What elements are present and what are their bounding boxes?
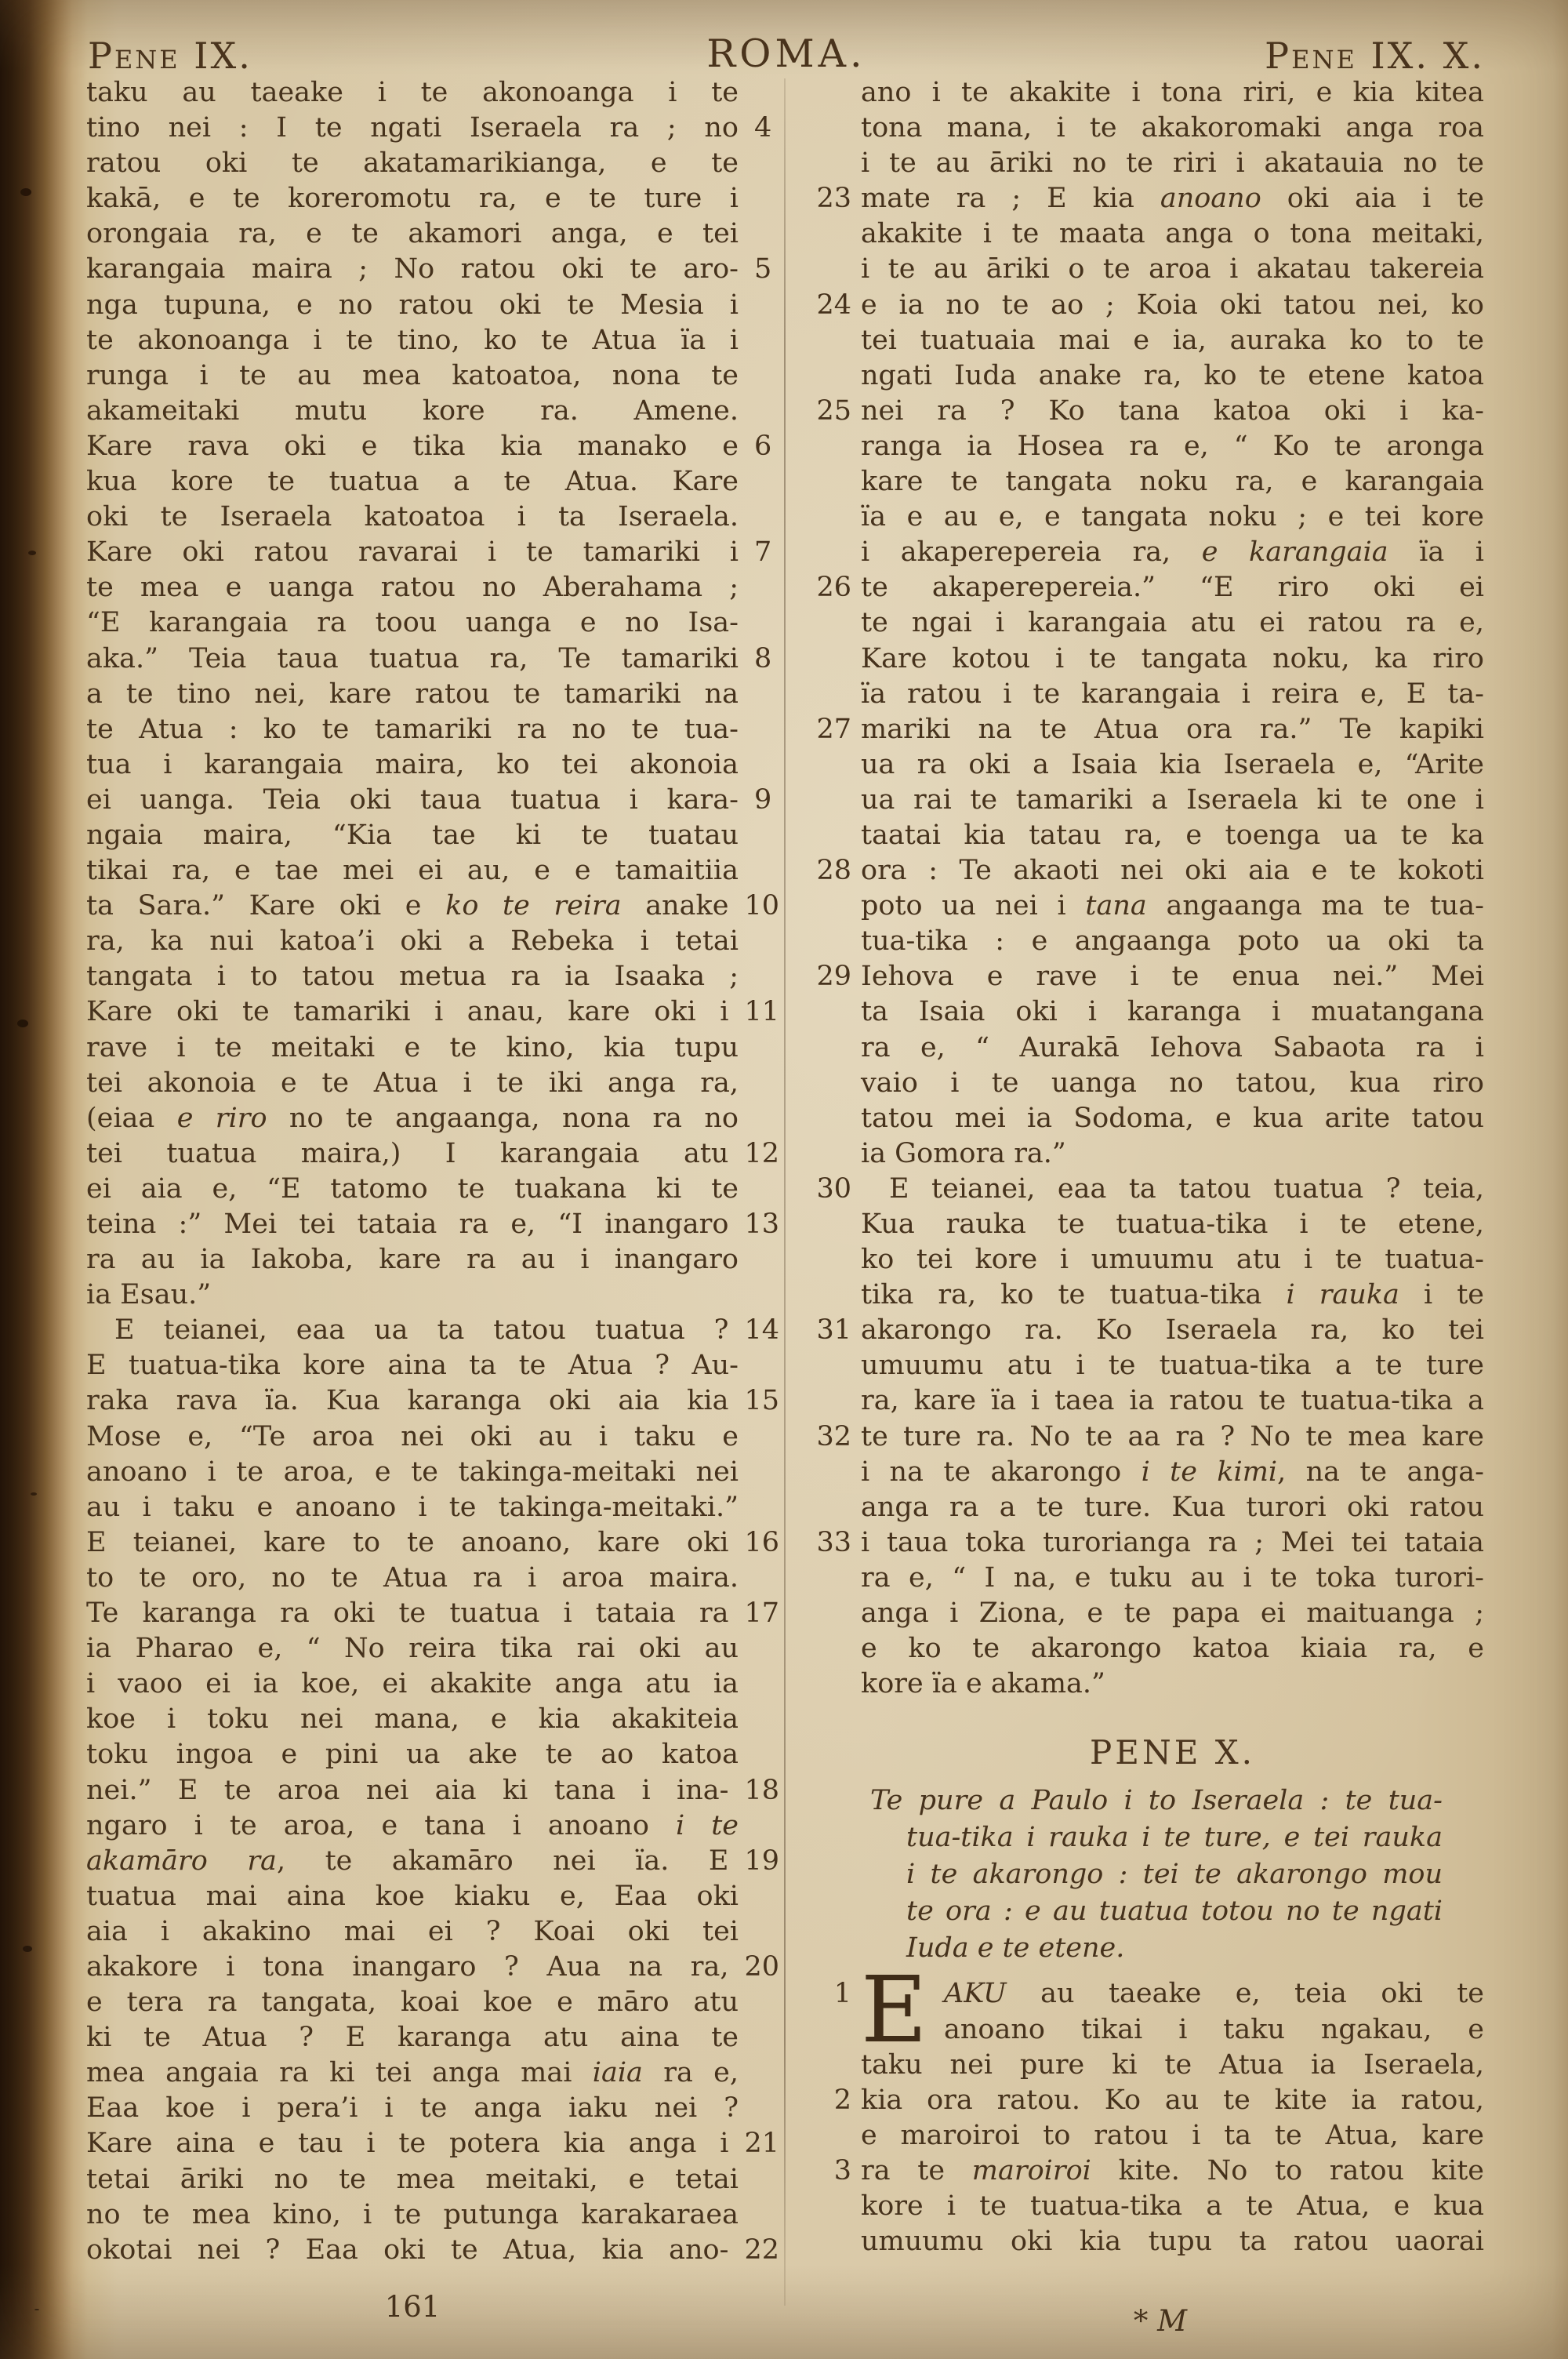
text-line: ra e, “ Aurakā Iehova Sabaota ra i bbox=[793, 1030, 1488, 1066]
text-line: i te akarongo : tei te akarongo mou bbox=[861, 1856, 1443, 1893]
line-text: ra e, “ I na, e tuku au i te toka turori… bbox=[861, 1561, 1484, 1596]
text-line: ta Isaia oki i karanga i muatangana bbox=[793, 994, 1488, 1030]
verse-number bbox=[739, 464, 779, 500]
verse-number bbox=[793, 75, 851, 111]
verse-number bbox=[793, 1667, 851, 1702]
verse-number: 10 bbox=[728, 889, 779, 924]
verse-number bbox=[793, 2012, 851, 2048]
line-text: E tuatua-tika kore aina ta te Atua ? Au- bbox=[86, 1348, 739, 1383]
verse-number bbox=[793, 111, 851, 146]
text-line: ia Esau.” bbox=[86, 1278, 779, 1313]
verse-number: 25 bbox=[793, 394, 851, 429]
verse-number bbox=[739, 1808, 779, 1844]
text-line: ngati Iuda anake ra, ko te etene katoa bbox=[793, 358, 1488, 394]
verse-number: 20 bbox=[728, 1950, 779, 1985]
line-text: tua-tika i rauka i te ture, e tei rauka bbox=[906, 1819, 1443, 1856]
text-line: ia Gomora ra.” bbox=[793, 1136, 1488, 1172]
verse-number bbox=[793, 2189, 851, 2224]
text-line: 26te akaperepereia.” “E riro oki ei bbox=[793, 570, 1488, 605]
line-text: tatou mei ia Sodoma, e kua arite tatou bbox=[861, 1101, 1484, 1136]
text-line: ra au ia Iakoba, kare ra au i inangaro bbox=[86, 1242, 779, 1278]
text-line: runga i te au mea katoatoa, nona te bbox=[86, 358, 779, 394]
verse-number: 24 bbox=[793, 288, 851, 323]
text-line: ïa e au e, e tangata noku ; e tei kore bbox=[793, 500, 1488, 535]
text-line: umuumu oki kia tupu ta ratou uaorai bbox=[793, 2224, 1488, 2259]
verse-number bbox=[793, 500, 851, 535]
verse-number: 5 bbox=[739, 252, 779, 287]
text-line: “E karangaia ra toou uanga e no Isa- bbox=[86, 605, 779, 641]
verse-number bbox=[739, 323, 779, 358]
running-head-right: Pene IX. X. bbox=[1265, 35, 1485, 77]
binding-wear-marks bbox=[20, 188, 31, 196]
verse-number bbox=[793, 1383, 851, 1419]
text-line: ei uanga. Teia oki taua tuatua i kara-9 bbox=[86, 783, 779, 818]
verse-number bbox=[739, 1561, 779, 1596]
text-line: 31akarongo ra. Ko Iseraela ra, ko tei bbox=[793, 1313, 1488, 1348]
verse-number: 6 bbox=[739, 429, 779, 464]
line-text: kakā, e te koreromotu ra, e te ture i bbox=[86, 181, 739, 216]
verse-number bbox=[739, 500, 779, 535]
text-line: te ora : e au tuatua totou no te ngati bbox=[861, 1893, 1443, 1930]
verse-number bbox=[793, 1596, 851, 1631]
line-text: tua i karangaia maira, ko tei akonoia bbox=[86, 747, 739, 783]
line-text: anoano tikai i taku ngakau, e bbox=[861, 2012, 1484, 2048]
verse-number bbox=[793, 605, 851, 641]
line-text: oki te Iseraela katoatoa i ta Iseraela. bbox=[86, 500, 739, 535]
text-line: te Atua : ko te tamariki ra no te tua- bbox=[86, 712, 779, 747]
line-text: a te tino nei, kare ratou te tamariki na bbox=[86, 677, 739, 712]
line-text: e ko te akarongo katoa kiaia ra, e bbox=[861, 1631, 1484, 1667]
text-line: Mose e, “Te aroa nei oki au i taku e bbox=[86, 1419, 779, 1455]
line-text: nei.” E te aroa nei aia ki tana i ina- bbox=[86, 1773, 728, 1808]
text-line: i vaoo ei ia koe, ei akakite anga atu ia bbox=[86, 1667, 779, 1702]
verse-number bbox=[739, 358, 779, 394]
line-text: Eaa koe i pera’i i te anga iaku nei ? bbox=[86, 2091, 739, 2126]
verse-number bbox=[793, 783, 851, 818]
text-line: anga i Ziona, e te papa ei maituanga ; bbox=[793, 1596, 1488, 1631]
text-line: tua-tika i rauka i te ture, e tei rauka bbox=[861, 1819, 1443, 1856]
text-line: raka rava ïa. Kua karanga oki aia kia15 bbox=[86, 1383, 779, 1419]
verse-number bbox=[739, 2197, 779, 2233]
verse-number bbox=[793, 1136, 851, 1172]
text-line: te akonoanga i te tino, ko te Atua ïa i bbox=[86, 323, 779, 358]
line-text: ei uanga. Teia oki taua tuatua i kara- bbox=[86, 783, 739, 818]
line-text: Iuda e te etene. bbox=[906, 1930, 1443, 1967]
text-line: ua ra oki a Isaia kia Iseraela e, “Arite bbox=[793, 747, 1488, 783]
column-divider bbox=[784, 78, 786, 2306]
verse-number bbox=[739, 1030, 779, 1066]
verse-number: 30 bbox=[793, 1172, 851, 1207]
verse-number bbox=[739, 959, 779, 994]
line-text: teina :” Mei tei tataia ra e, “I inangar… bbox=[86, 1207, 728, 1242]
verse-number bbox=[739, 1737, 779, 1772]
text-line: toku ingoa e pini ua ake te ao katoa bbox=[86, 1737, 779, 1772]
text-line: ratou oki te akatamarikianga, e te bbox=[86, 146, 779, 181]
text-line: ngaia maira, “Kia tae ki te tuatau bbox=[86, 818, 779, 853]
text-line: e tera ra tangata, koai koe e māro atu bbox=[86, 1985, 779, 2020]
verse-number bbox=[739, 677, 779, 712]
verse-number bbox=[793, 1101, 851, 1136]
verse-number: 8 bbox=[739, 642, 779, 677]
text-line: te ngai i karangaia atu ei ratou ra e, bbox=[793, 605, 1488, 641]
line-text: Kare kotou i te tangata noku, ka riro bbox=[861, 642, 1484, 677]
line-text: kua kore te tuatua a te Atua. Kare bbox=[86, 464, 739, 500]
line-text: Mose e, “Te aroa nei oki au i taku e bbox=[86, 1419, 739, 1455]
line-text: anga ra a te ture. Kua turori oki ratou bbox=[861, 1490, 1484, 1525]
line-text: Kare oki ratou ravarai i te tamariki i bbox=[86, 535, 739, 570]
line-text: te ture ra. No te aa ra ? No te mea kare bbox=[861, 1419, 1484, 1455]
text-line: Iuda e te etene. bbox=[861, 1930, 1443, 1967]
line-text: akakite i te maata anga o tona meitaki, bbox=[861, 216, 1484, 252]
text-line: ïa ratou i te karangaia i reira e, E ta- bbox=[793, 677, 1488, 712]
text-line: 24e ia no te ao ; Koia oki tatou nei, ko bbox=[793, 288, 1488, 323]
line-text: e ia no te ao ; Koia oki tatou nei, ko bbox=[861, 288, 1484, 323]
text-line: koe i toku nei mana, e kia akakiteia bbox=[86, 1702, 779, 1737]
line-text: tua-tika : e angaanga poto ua oki ta bbox=[861, 924, 1484, 959]
verse-number bbox=[793, 1561, 851, 1596]
text-line: au i taku e anoano i te takinga-meitaki.… bbox=[86, 1490, 779, 1525]
right-column-verses-top: ano i te akakite i tona riri, e kia kite… bbox=[793, 75, 1488, 1702]
line-text: ko tei kore i umuumu atu i te tuatua- bbox=[861, 1242, 1484, 1278]
line-text: te akaperepereia.” “E riro oki ei bbox=[861, 570, 1484, 605]
line-text: ra, kare ïa i taea ia ratou te tuatua-ti… bbox=[861, 1383, 1484, 1419]
text-line: taatai kia tatau ra, e toenga ua te ka bbox=[793, 818, 1488, 853]
line-text: i na te akarongo i te kimi, na te anga- bbox=[861, 1455, 1484, 1490]
verse-number bbox=[739, 394, 779, 429]
text-line: Kare oki ratou ravarai i te tamariki i7 bbox=[86, 535, 779, 570]
text-line: akakore i tona inangaro ? Aua na ra,20 bbox=[86, 1950, 779, 1985]
line-text: akarongo ra. Ko Iseraela ra, ko tei bbox=[861, 1313, 1484, 1348]
verse-number bbox=[739, 2091, 779, 2126]
text-line: kore i te tuatua-tika a te Atua, e kua bbox=[793, 2189, 1488, 2224]
line-text: akameitaki mutu kore ra. Amene. bbox=[86, 394, 739, 429]
text-line: ano i te akakite i tona riri, e kia kite… bbox=[793, 75, 1488, 111]
line-text: ra, ka nui katoa’i oki a Rebeka i tetai bbox=[86, 924, 739, 959]
line-text: E teianei, eaa ta tatou tuatua ? teia, bbox=[861, 1172, 1484, 1207]
text-line: 27mariki na te Atua ora ra.” Te kapiki bbox=[793, 712, 1488, 747]
line-text: nga tupuna, e no ratou oki te Mesia i bbox=[86, 288, 739, 323]
line-text: E teianei, kare to te anoano, kare oki bbox=[86, 1525, 728, 1561]
verse-number bbox=[739, 1172, 779, 1207]
verse-number bbox=[793, 216, 851, 252]
verse-number: 12 bbox=[728, 1136, 779, 1172]
line-text: aka.” Teia taua tuatua ra, Te tamariki bbox=[86, 642, 739, 677]
verse-number bbox=[793, 146, 851, 181]
text-line: tua i karangaia maira, ko tei akonoia bbox=[86, 747, 779, 783]
verse-number bbox=[793, 1030, 851, 1066]
left-column: taku au taeake i te akonoanga i tetino n… bbox=[86, 75, 779, 2268]
verse-number bbox=[793, 2048, 851, 2083]
verse-number bbox=[793, 1242, 851, 1278]
verse-number: 13 bbox=[728, 1207, 779, 1242]
text-line: kare te tangata noku ra, e karangaia bbox=[793, 464, 1488, 500]
line-text: tangata i to tatou metua ra ia Isaaka ; bbox=[86, 959, 739, 994]
text-line: 23mate ra ; E kia anoano oki aia i te bbox=[793, 181, 1488, 216]
line-text: ranga ia Hosea ra e, “ Ko te aronga bbox=[861, 429, 1484, 464]
verse-number bbox=[739, 1914, 779, 1950]
text-line: ua rai te tamariki a Iseraela ki te one … bbox=[793, 783, 1488, 818]
verse-number bbox=[739, 1242, 779, 1278]
line-text: ïa ratou i te karangaia i reira e, E ta- bbox=[861, 677, 1484, 712]
text-line: 2kia ora ratou. Ko au te kite ia ratou, bbox=[793, 2083, 1488, 2118]
verse-number bbox=[793, 889, 851, 924]
verse-number: 29 bbox=[793, 959, 851, 994]
text-line: akameitaki mutu kore ra. Amene. bbox=[86, 394, 779, 429]
verse-number: 4 bbox=[739, 111, 779, 146]
text-line: oki te Iseraela katoatoa i ta Iseraela. bbox=[86, 500, 779, 535]
verse-number bbox=[739, 1985, 779, 2020]
verse-number bbox=[739, 1348, 779, 1383]
line-text: te ora : e au tuatua totou no te ngati bbox=[906, 1893, 1443, 1930]
drop-cap-initial: E bbox=[861, 1973, 927, 2048]
verse-number bbox=[739, 216, 779, 252]
line-text: umuumu oki kia tupu ta ratou uaorai bbox=[861, 2224, 1484, 2259]
page-header: Pene IX. ROMA. Pene IX. X. bbox=[88, 35, 1485, 75]
verse-number bbox=[793, 2224, 851, 2259]
verse-number bbox=[739, 1066, 779, 1101]
verse-number bbox=[739, 181, 779, 216]
text-line: tika ra, ko te tuatua-tika i rauka i te bbox=[793, 1278, 1488, 1313]
line-text: te ngai i karangaia atu ei ratou ra e, bbox=[861, 605, 1484, 641]
line-text: (eiaa e riro no te angaanga, nona ra no bbox=[86, 1101, 739, 1136]
line-text: raka rava ïa. Kua karanga oki aia kia bbox=[86, 1383, 728, 1419]
verse-number bbox=[739, 75, 779, 111]
text-line: tatou mei ia Sodoma, e kua arite tatou bbox=[793, 1101, 1488, 1136]
text-line: i te au āriki no te riri i akatauia no t… bbox=[793, 146, 1488, 181]
line-text: tona mana, i te akakoromaki anga roa bbox=[861, 111, 1484, 146]
line-text: karangaia maira ; No ratou oki te aro- bbox=[86, 252, 739, 287]
verse-number bbox=[739, 605, 779, 641]
verse-number: 28 bbox=[793, 853, 851, 889]
chapter-summary: Te pure a Paulo i to Iseraela : te tua-t… bbox=[861, 1783, 1443, 1967]
text-line: Kare rava oki e tika kia manako e6 bbox=[86, 429, 779, 464]
line-text: tika ra, ko te tuatua-tika i rauka i te bbox=[861, 1278, 1484, 1313]
line-text: ra e, “ Aurakā Iehova Sabaota ra i bbox=[861, 1030, 1484, 1066]
verse-number: 1 bbox=[793, 1976, 851, 2012]
verse-number bbox=[793, 818, 851, 853]
line-text: ngati Iuda anake ra, ko te etene katoa bbox=[861, 358, 1484, 394]
verse-number: 16 bbox=[728, 1525, 779, 1561]
text-line: a te tino nei, kare ratou te tamariki na bbox=[86, 677, 779, 712]
line-text: kore i te tuatua-tika a te Atua, e kua bbox=[861, 2189, 1484, 2224]
verse-number bbox=[793, 1066, 851, 1101]
verse-number bbox=[793, 677, 851, 712]
line-text: anga i Ziona, e te papa ei maituanga ; bbox=[861, 1596, 1484, 1631]
printers-signature-mark: * M bbox=[1043, 2304, 1278, 2338]
line-text: au i taku e anoano i te takinga-meitaki.… bbox=[86, 1490, 739, 1525]
text-line: tua-tika : e angaanga poto ua oki ta bbox=[793, 924, 1488, 959]
line-text: i akaperepereia ra, e karangaia ïa i bbox=[861, 535, 1484, 570]
verse-number bbox=[793, 1455, 851, 1490]
text-line: Kare oki te tamariki i anau, kare oki i1… bbox=[86, 994, 779, 1030]
verse-number: 15 bbox=[728, 1383, 779, 1419]
line-text: kia ora ratou. Ko au te kite ia ratou, bbox=[861, 2083, 1484, 2118]
verse-number: 32 bbox=[793, 1419, 851, 1455]
text-line: orongaia ra, e te akamori anga, e tei bbox=[86, 216, 779, 252]
text-line: anoano i te aroa, e te takinga-meitaki n… bbox=[86, 1455, 779, 1490]
text-line: te mea e uanga ratou no Aberahama ; bbox=[86, 570, 779, 605]
verse-number bbox=[793, 2118, 851, 2154]
line-text: Kua rauka te tuatua-tika i te etene, bbox=[861, 1207, 1484, 1242]
verse-number: 22 bbox=[728, 2233, 779, 2268]
text-line: tikai ra, e tae mei ei au, e e tamaitiia bbox=[86, 853, 779, 889]
text-line: (eiaa e riro no te angaanga, nona ra no bbox=[86, 1101, 779, 1136]
line-text: E teianei, eaa ua ta tatou tuatua ? bbox=[86, 1313, 728, 1348]
verse-number bbox=[793, 1490, 851, 1525]
text-line: Kua rauka te tuatua-tika i te etene, bbox=[793, 1207, 1488, 1242]
verse-number bbox=[739, 1455, 779, 1490]
verse-number bbox=[739, 1419, 779, 1455]
line-text: ia Esau.” bbox=[86, 1278, 739, 1313]
verse-number bbox=[739, 1631, 779, 1667]
verse-number bbox=[739, 2055, 779, 2091]
line-text: okotai nei ? Eaa oki te Atua, kia ano- bbox=[86, 2233, 728, 2268]
verse-number bbox=[793, 252, 851, 287]
line-text: ei aia e, “E tatomo te tuakana ki te bbox=[86, 1172, 739, 1207]
verse-number bbox=[793, 429, 851, 464]
text-line: 3ra te maroiroi kite. No to ratou kite bbox=[793, 2154, 1488, 2189]
verse-number: 9 bbox=[739, 783, 779, 818]
line-text: kore ïa e akama.” bbox=[861, 1667, 1484, 1702]
line-text: ua ra oki a Isaia kia Iseraela e, “Arite bbox=[861, 747, 1484, 783]
line-text: AKU au taeake e, teia oki te bbox=[861, 1976, 1484, 2012]
text-line: Te pure a Paulo i to Iseraela : te tua- bbox=[861, 1783, 1443, 1819]
line-text: Te pure a Paulo i to Iseraela : te tua- bbox=[870, 1783, 1443, 1819]
verse-number bbox=[739, 924, 779, 959]
text-line: kakā, e te koreromotu ra, e te ture i bbox=[86, 181, 779, 216]
verse-number bbox=[739, 1278, 779, 1313]
line-text: i te akarongo : tei te akarongo mou bbox=[906, 1856, 1443, 1893]
text-line: akakite i te maata anga o tona meitaki, bbox=[793, 216, 1488, 252]
line-text: ngaia maira, “Kia tae ki te tuatau bbox=[86, 818, 739, 853]
line-text: poto ua nei i tana angaanga ma te tua- bbox=[861, 889, 1484, 924]
text-line: akamāro ra, te akamāro nei ïa. E19 bbox=[86, 1844, 779, 1879]
line-text: aia i akakino mai ei ? Koai oki tei bbox=[86, 1914, 739, 1950]
text-line: okotai nei ? Eaa oki te Atua, kia ano-22 bbox=[86, 2233, 779, 2268]
verse-number: 26 bbox=[793, 570, 851, 605]
line-text: nei ra ? Ko tana katoa oki i ka- bbox=[861, 394, 1484, 429]
line-text: mate ra ; E kia anoano oki aia i te bbox=[861, 181, 1484, 216]
chapter-x-verses: E 1AKU au taeake e, teia oki teanoano ti… bbox=[793, 1976, 1488, 2259]
line-text: tei akonoia e te Atua i te iki anga ra, bbox=[86, 1066, 739, 1101]
text-line: Kare aina e tau i te potera kia anga i21 bbox=[86, 2126, 779, 2161]
text-line: E teianei, kare to te anoano, kare oki16 bbox=[86, 1525, 779, 1561]
text-line: 32te ture ra. No te aa ra ? No te mea ka… bbox=[793, 1419, 1488, 1455]
verse-number: 3 bbox=[793, 2154, 851, 2189]
page-number: 161 bbox=[86, 2290, 739, 2324]
verse-number: 19 bbox=[728, 1844, 779, 1879]
verse-number: 18 bbox=[728, 1773, 779, 1808]
line-text: kare te tangata noku ra, e karangaia bbox=[861, 464, 1484, 500]
text-line: 33i taua toka turorianga ra ; Mei tei ta… bbox=[793, 1525, 1488, 1561]
line-text: tei tuatua maira,) I karangaia atu bbox=[86, 1136, 728, 1172]
text-line: tei tuatuaia mai e ia, auraka ko to te bbox=[793, 323, 1488, 358]
line-text: mea angaia ra ki tei anga mai iaia ra e, bbox=[86, 2055, 739, 2091]
verse-number bbox=[739, 1702, 779, 1737]
line-text: e tera ra tangata, koai koe e māro atu bbox=[86, 1985, 739, 2020]
line-text: e maroiroi to ratou i ta te Atua, kare bbox=[861, 2118, 1484, 2154]
text-line: ia Pharao e, “ No reira tika rai oki au bbox=[86, 1631, 779, 1667]
text-line: poto ua nei i tana angaanga ma te tua- bbox=[793, 889, 1488, 924]
verse-number: 7 bbox=[739, 535, 779, 570]
verse-number bbox=[739, 2162, 779, 2197]
text-line: e maroiroi to ratou i ta te Atua, kare bbox=[793, 2118, 1488, 2154]
text-line: tuatua mai aina koe kiaku e, Eaa oki bbox=[86, 1879, 779, 1914]
line-text: to te oro, no te Atua ra i aroa maira. bbox=[86, 1561, 739, 1596]
text-line: e ko te akarongo katoa kiaia ra, e bbox=[793, 1631, 1488, 1667]
text-line: ko tei kore i umuumu atu i te tuatua- bbox=[793, 1242, 1488, 1278]
line-text: ki te Atua ? E karanga atu aina te bbox=[86, 2020, 739, 2055]
line-text: ïa e au e, e tangata noku ; e tei kore bbox=[861, 500, 1484, 535]
line-text: tei tuatuaia mai e ia, auraka ko to te bbox=[861, 323, 1484, 358]
text-line: aia i akakino mai ei ? Koai oki tei bbox=[86, 1914, 779, 1950]
verse-number bbox=[739, 2020, 779, 2055]
line-text: akamāro ra, te akamāro nei ïa. E bbox=[86, 1844, 728, 1879]
line-text: te akonoanga i te tino, ko te Atua ïa i bbox=[86, 323, 739, 358]
line-text: ano i te akakite i tona riri, e kia kite… bbox=[861, 75, 1484, 111]
line-text: i vaoo ei ia koe, ei akakite anga atu ia bbox=[86, 1667, 739, 1702]
text-line: karangaia maira ; No ratou oki te aro-5 bbox=[86, 252, 779, 287]
line-text: koe i toku nei mana, e kia akakiteia bbox=[86, 1702, 739, 1737]
line-text: ia Gomora ra.” bbox=[861, 1136, 1484, 1172]
verse-number bbox=[793, 535, 851, 570]
chapter-heading: PENE X. bbox=[861, 1735, 1484, 1770]
line-text: mariki na te Atua ora ra.” Te kapiki bbox=[861, 712, 1484, 747]
text-line: umuumu atu i te tuatua-tika a te ture bbox=[793, 1348, 1488, 1383]
book-page-scan: Pene IX. ROMA. Pene IX. X. taku au taeak… bbox=[0, 0, 1568, 2359]
text-line: tino nei : I te ngati Iseraela ra ; no4 bbox=[86, 111, 779, 146]
text-line: ra, kare ïa i taea ia ratou te tuatua-ti… bbox=[793, 1383, 1488, 1419]
line-text: tikai ra, e tae mei ei au, e e tamaitiia bbox=[86, 853, 739, 889]
text-line: kua kore te tuatua a te Atua. Kare bbox=[86, 464, 779, 500]
line-text: Te karanga ra oki te tuatua i tataia ra bbox=[86, 1596, 728, 1631]
text-line: nga tupuna, e no ratou oki te Mesia i bbox=[86, 288, 779, 323]
verse-number: 17 bbox=[728, 1596, 779, 1631]
verse-number bbox=[739, 818, 779, 853]
line-text: ora : Te akaoti nei oki aia e te kokoti bbox=[861, 853, 1484, 889]
text-line: Eaa koe i pera’i i te anga iaku nei ? bbox=[86, 2091, 779, 2126]
verse-number: 27 bbox=[793, 712, 851, 747]
line-text: ra te maroiroi kite. No to ratou kite bbox=[861, 2154, 1484, 2189]
text-line: ranga ia Hosea ra e, “ Ko te aronga bbox=[793, 429, 1488, 464]
text-line: 25nei ra ? Ko tana katoa oki i ka- bbox=[793, 394, 1488, 429]
text-line: 28ora : Te akaoti nei oki aia e te kokot… bbox=[793, 853, 1488, 889]
verse-number bbox=[739, 712, 779, 747]
text-line: mea angaia ra ki tei anga mai iaia ra e, bbox=[86, 2055, 779, 2091]
text-line: aka.” Teia taua tuatua ra, Te tamariki8 bbox=[86, 642, 779, 677]
right-column: ano i te akakite i tona riri, e kia kite… bbox=[793, 75, 1488, 2259]
verse-number: 2 bbox=[793, 2083, 851, 2118]
verse-number bbox=[793, 994, 851, 1030]
line-text: no te mea kino, i te putunga karakaraea bbox=[86, 2197, 739, 2233]
line-text: i taua toka turorianga ra ; Mei tei tata… bbox=[861, 1525, 1484, 1561]
verse-number bbox=[793, 1631, 851, 1667]
line-text: orongaia ra, e te akamori anga, e tei bbox=[86, 216, 739, 252]
verse-number bbox=[793, 747, 851, 783]
line-text: te Atua : ko te tamariki ra no te tua- bbox=[86, 712, 739, 747]
line-text: toku ingoa e pini ua ake te ao katoa bbox=[86, 1737, 739, 1772]
text-line: Te karanga ra oki te tuatua i tataia ra1… bbox=[86, 1596, 779, 1631]
verse-number bbox=[793, 464, 851, 500]
line-text: ra au ia Iakoba, kare ra au i inangaro bbox=[86, 1242, 739, 1278]
text-line: tei akonoia e te Atua i te iki anga ra, bbox=[86, 1066, 779, 1101]
text-line: ki te Atua ? E karanga atu aina te bbox=[86, 2020, 779, 2055]
text-line: E teianei, eaa ua ta tatou tuatua ?14 bbox=[86, 1313, 779, 1348]
verse-number bbox=[793, 924, 851, 959]
line-text: umuumu atu i te tuatua-tika a te ture bbox=[861, 1348, 1484, 1383]
verse-number bbox=[739, 1101, 779, 1136]
verse-number bbox=[739, 1667, 779, 1702]
